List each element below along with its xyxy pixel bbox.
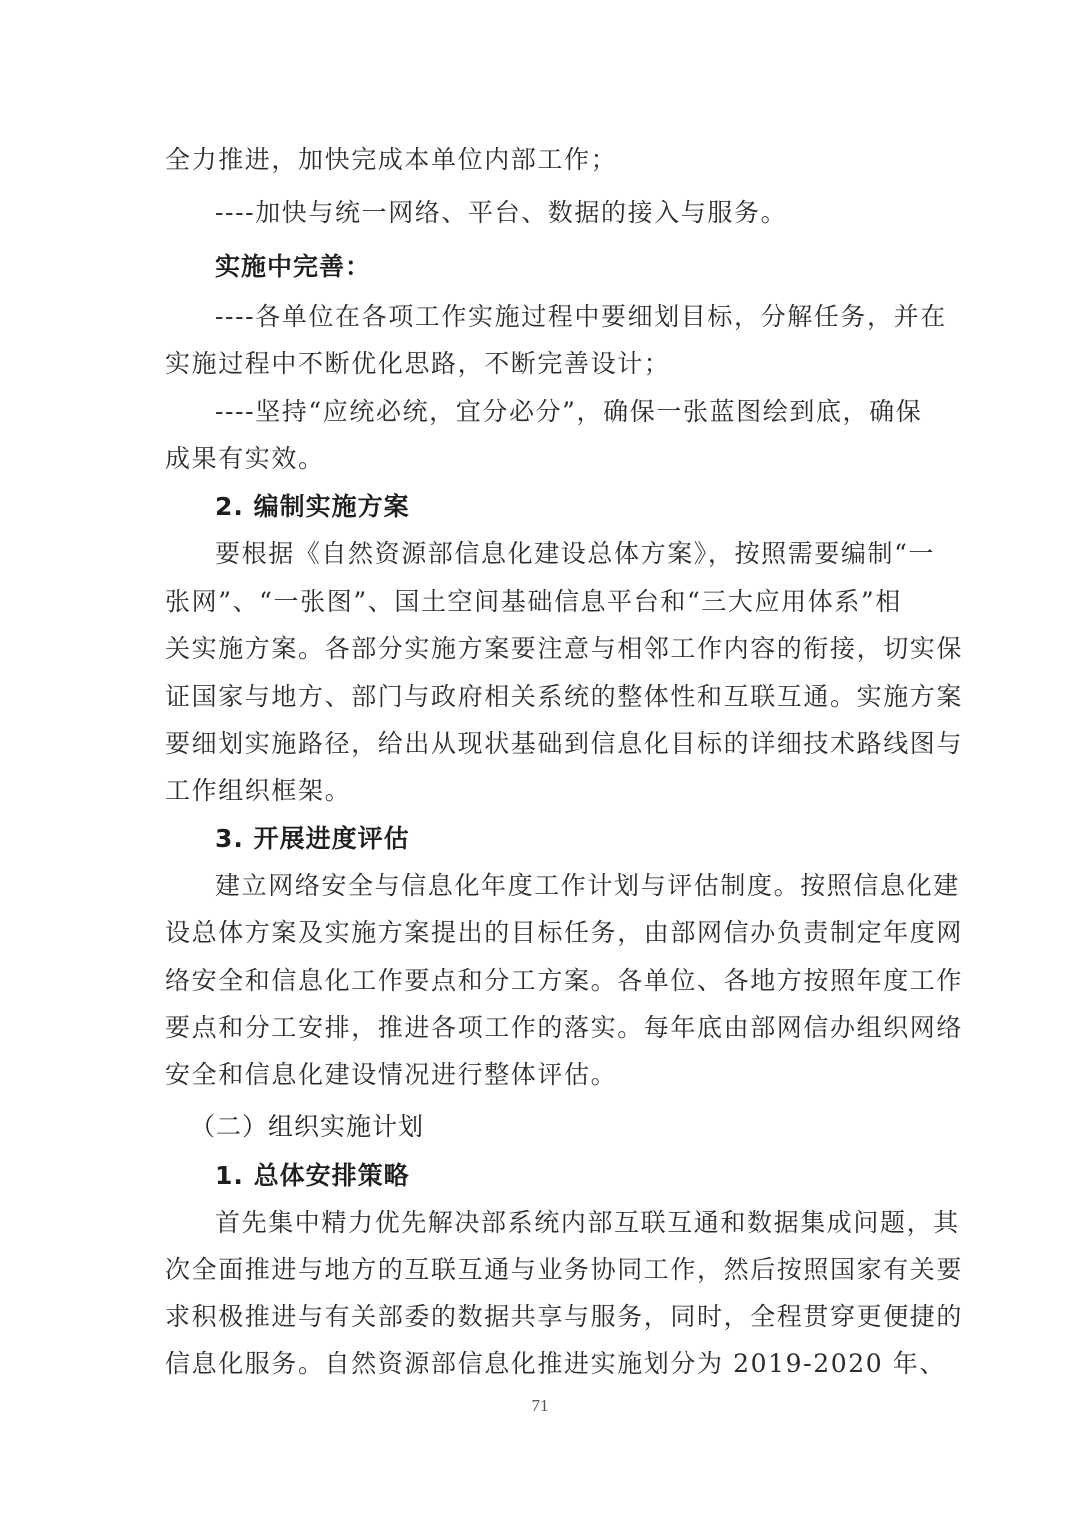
section-heading-organization-plan: （二）组织实施计划: [190, 1110, 945, 1144]
paragraph-line: 工作组织框架。: [165, 774, 920, 808]
paragraph-line: 首先集中精力优先解决部系统内部互联互通和数据集成问题，其: [215, 1206, 970, 1240]
paragraph-line: 安全和信息化建设情况进行整体评估。: [165, 1058, 920, 1092]
subheading-overall-strategy: 1. 总体安排策略: [215, 1159, 970, 1193]
subheading-refine-during-implementation: 实施中完善：: [215, 250, 970, 284]
page-number: 71: [0, 1396, 1080, 1416]
paragraph-line: 信息化服务。自然资源部信息化推进实施划分为 2019-2020 年、: [165, 1347, 920, 1381]
paragraph-line: 实施过程中不断优化思路，不断完善设计；: [165, 347, 920, 381]
paragraph-line: 全力推进，加快完成本单位内部工作；: [165, 143, 920, 177]
paragraph-line: 设总体方案及实施方案提出的目标任务，由部网信办负责制定年度网: [165, 916, 920, 950]
paragraph-line: 求积极推进与有关部委的数据共享与服务，同时，全程贯穿更便捷的: [165, 1300, 920, 1334]
paragraph-line: 次全面推进与地方的互联互通与业务协同工作，然后按照国家有关要: [165, 1253, 920, 1287]
subheading-progress-evaluation: 3. 开展进度评估: [215, 822, 970, 856]
paragraph-line: 要点和分工安排，推进各项工作的落实。每年底由部网信办组织网络: [165, 1011, 920, 1045]
paragraph-line: 成果有实效。: [165, 442, 920, 476]
paragraph-line: 关实施方案。各部分实施方案要注意与相邻工作内容的衔接，切实保: [165, 632, 920, 666]
paragraph-line: ----坚持“应统必统，宜分必分”，确保一张蓝图绘到底，确保: [215, 395, 970, 429]
paragraph-line: 张网”、“一张图”、国土空间基础信息平台和“三大应用体系”相: [165, 585, 920, 619]
paragraph-line: 要细划实施路径，给出从现状基础到信息化目标的详细技术路线图与: [165, 727, 920, 761]
paragraph-line: 建立网络安全与信息化年度工作计划与评估制度。按照信息化建: [215, 869, 970, 903]
document-page: 全力推进，加快完成本单位内部工作； ----加快与统一网络、平台、数据的接入与服…: [0, 0, 1080, 1527]
paragraph-line: 要根据《自然资源部信息化建设总体方案》，按照需要编制“一: [215, 537, 970, 571]
paragraph-line: 证国家与地方、部门与政府相关系统的整体性和互联互通。实施方案: [165, 680, 920, 714]
paragraph-line: ----各单位在各项工作实施过程中要细划目标，分解任务，并在: [215, 300, 970, 334]
paragraph-line: ----加快与统一网络、平台、数据的接入与服务。: [215, 196, 970, 230]
paragraph-line: 络安全和信息化工作要点和分工方案。各单位、各地方按照年度工作: [165, 964, 920, 998]
subheading-implementation-plan: 2. 编制实施方案: [215, 490, 970, 524]
